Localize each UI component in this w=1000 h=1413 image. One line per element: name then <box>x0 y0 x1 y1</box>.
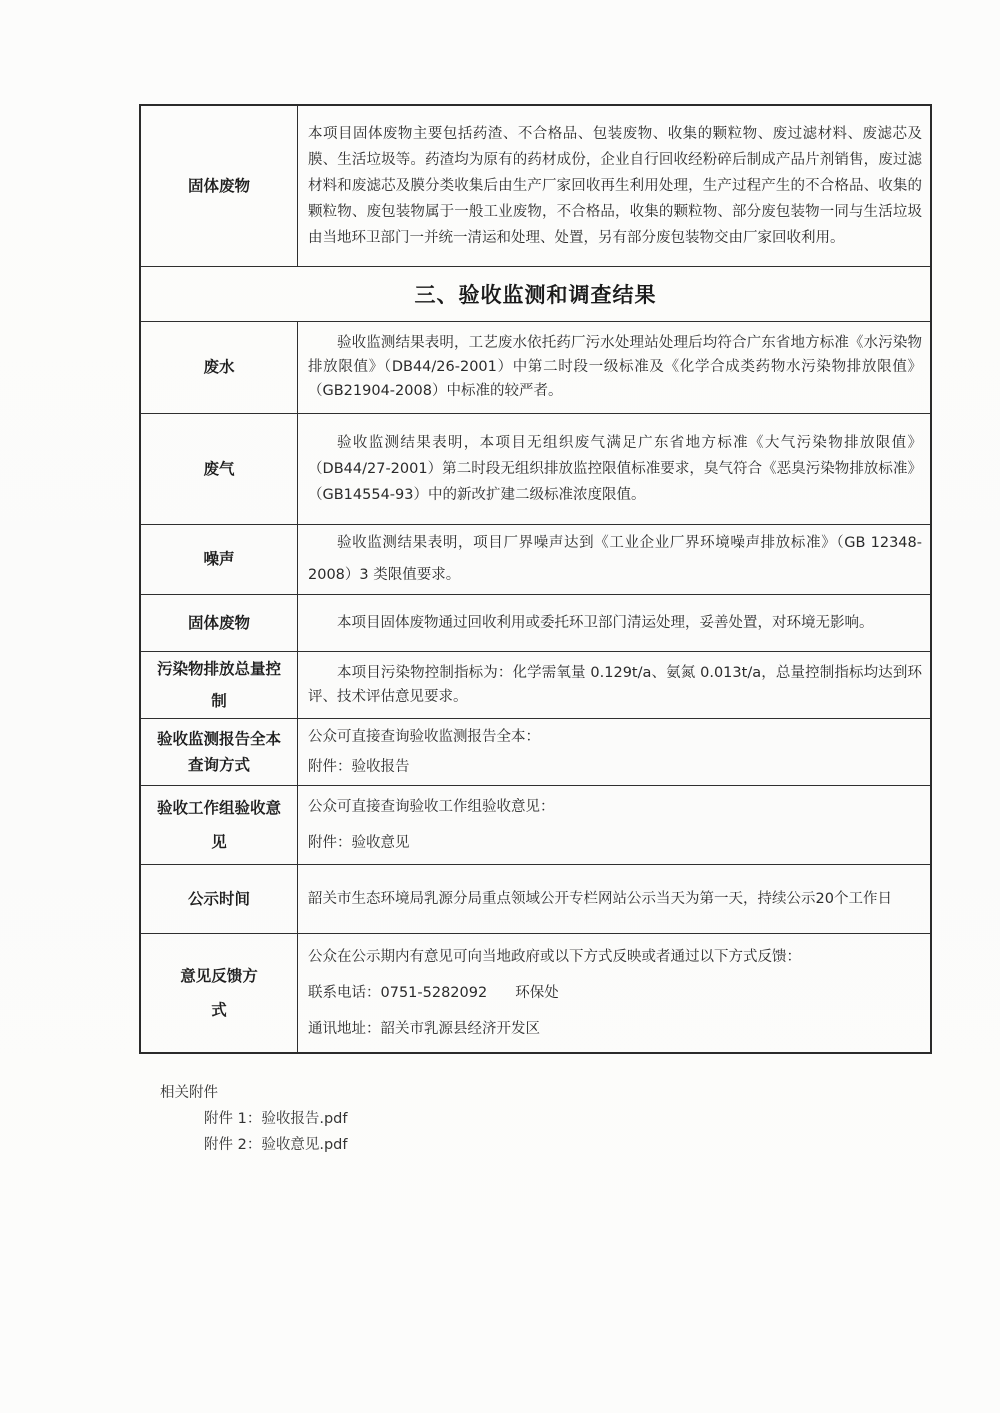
wastewater-result: 验收监测结果表明，工艺废水依托药厂污水处理站处理后均符合广东省地方标准《水污染物… <box>308 331 922 403</box>
exhaust-gas-result: 验收监测结果表明，本项目无组织废气满足广东省地方标准《大气污染物排放限值》（DB… <box>308 430 922 508</box>
pollutant-total-result: 本项目污染物控制指标为：化学需氧量 0.129t/a、氨氮 0.013t/a，总… <box>308 661 922 709</box>
table-row-report-query: 验收监测报告全本查询方式 公众可直接查询验收监测报告全本： 附件：验收报告 <box>140 718 931 785</box>
solid-waste-result: 本项目固体废物通过回收利用或委托环卫部门清运处理，妥善处置，对环境无影响。 <box>308 611 922 635</box>
report-attachment-link[interactable]: 附件：验收报告 <box>308 752 922 782</box>
phone-number[interactable]: 0751-5282092 <box>381 985 488 1001</box>
report-query-text: 公众可直接查询验收监测报告全本： <box>308 722 922 752</box>
feedback-phone-line: 联系电话：0751-5282092环保处 <box>308 975 922 1011</box>
row-content: 韶关市生态环境局乳源分局重点领域公开专栏网站公示当天为第一天，持续公示20个工作… <box>298 864 932 933</box>
working-group-text: 公众可直接查询验收工作组验收意见： <box>308 789 922 825</box>
department: 环保处 <box>515 985 559 1001</box>
attachment-item-1[interactable]: 附件 1：验收报告.pdf <box>160 1106 347 1132</box>
table-row-wastewater: 废水 验收监测结果表明，工艺废水依托药厂污水处理站处理后均符合广东省地方标准《水… <box>140 321 931 413</box>
row-content: 本项目固体废物主要包括药渣、不合格品、包装废物、收集的颗粒物、废过滤材料、废滤芯… <box>298 105 932 266</box>
row-label: 意见反馈方式 <box>140 933 298 1053</box>
table-row-publicity-time: 公示时间 韶关市生态环境局乳源分局重点领域公开专栏网站公示当天为第一天，持续公示… <box>140 864 931 933</box>
row-label: 公示时间 <box>140 864 298 933</box>
phone-label: 联系电话： <box>308 985 381 1001</box>
section-title: 三、验收监测和调查结果 <box>140 266 931 321</box>
noise-result: 验收监测结果表明，项目厂界噪声达到《工业企业厂界环境噪声排放标准》（GB 123… <box>308 527 922 591</box>
row-label: 验收监测报告全本查询方式 <box>140 718 298 785</box>
section-header-row: 三、验收监测和调查结果 <box>140 266 931 321</box>
row-content: 公众可直接查询验收工作组验收意见： 附件：验收意见 <box>298 785 932 864</box>
row-content: 公众可直接查询验收监测报告全本： 附件：验收报告 <box>298 718 932 785</box>
row-label: 验收工作组验收意见 <box>140 785 298 864</box>
attachment-item-2[interactable]: 附件 2：验收意见.pdf <box>160 1132 347 1158</box>
row-content: 本项目污染物控制指标为：化学需氧量 0.129t/a、氨氮 0.013t/a，总… <box>298 651 932 718</box>
attachments-heading: 相关附件 <box>160 1080 347 1106</box>
solid-waste-description: 本项目固体废物主要包括药渣、不合格品、包装废物、收集的颗粒物、废过滤材料、废滤芯… <box>308 121 922 251</box>
scanned-document-page: 固体废物 本项目固体废物主要包括药渣、不合格品、包装废物、收集的颗粒物、废过滤材… <box>0 0 1000 1413</box>
feedback-address: 通讯地址：韶关市乳源县经济开发区 <box>308 1011 922 1047</box>
related-attachments: 相关附件 附件 1：验收报告.pdf 附件 2：验收意见.pdf <box>160 1080 347 1158</box>
attachment-file-link[interactable]: 验收意见.pdf <box>261 1137 347 1153</box>
row-label: 废气 <box>140 413 298 524</box>
row-label: 污染物排放总量控制 <box>140 651 298 718</box>
attachment-label: 附件 2： <box>204 1137 261 1153</box>
table-row-noise: 噪声 验收监测结果表明，项目厂界噪声达到《工业企业厂界环境噪声排放标准》（GB … <box>140 524 931 594</box>
table-row-solid-waste-result: 固体废物 本项目固体废物通过回收利用或委托环卫部门清运处理，妥善处置，对环境无影… <box>140 594 931 651</box>
row-label: 固体废物 <box>140 105 298 266</box>
table-row-pollutant-total: 污染物排放总量控制 本项目污染物控制指标为：化学需氧量 0.129t/a、氨氮 … <box>140 651 931 718</box>
row-label: 固体废物 <box>140 594 298 651</box>
publicity-time-text: 韶关市生态环境局乳源分局重点领域公开专栏网站公示当天为第一天，持续公示20个工作… <box>308 883 922 915</box>
row-content: 公众在公示期内有意见可向当地政府或以下方式反映或者通过以下方式反馈： 联系电话：… <box>298 933 932 1053</box>
row-label: 噪声 <box>140 524 298 594</box>
row-label: 废水 <box>140 321 298 413</box>
table-row-exhaust-gas: 废气 验收监测结果表明，本项目无组织废气满足广东省地方标准《大气污染物排放限值》… <box>140 413 931 524</box>
table-row-working-group: 验收工作组验收意见 公众可直接查询验收工作组验收意见： 附件：验收意见 <box>140 785 931 864</box>
opinion-attachment-link[interactable]: 附件：验收意见 <box>308 825 922 861</box>
row-content: 本项目固体废物通过回收利用或委托环卫部门清运处理，妥善处置，对环境无影响。 <box>298 594 932 651</box>
attachment-label: 附件 1： <box>204 1111 261 1127</box>
attachment-file-link[interactable]: 验收报告.pdf <box>261 1111 347 1127</box>
feedback-intro: 公众在公示期内有意见可向当地政府或以下方式反映或者通过以下方式反馈： <box>308 939 922 975</box>
table-row-solid-waste: 固体废物 本项目固体废物主要包括药渣、不合格品、包装废物、收集的颗粒物、废过滤材… <box>140 105 931 266</box>
acceptance-info-table: 固体废物 本项目固体废物主要包括药渣、不合格品、包装废物、收集的颗粒物、废过滤材… <box>139 104 932 1054</box>
row-content: 验收监测结果表明，工艺废水依托药厂污水处理站处理后均符合广东省地方标准《水污染物… <box>298 321 932 413</box>
row-content: 验收监测结果表明，项目厂界噪声达到《工业企业厂界环境噪声排放标准》（GB 123… <box>298 524 932 594</box>
row-content: 验收监测结果表明，本项目无组织废气满足广东省地方标准《大气污染物排放限值》（DB… <box>298 413 932 524</box>
table-row-feedback: 意见反馈方式 公众在公示期内有意见可向当地政府或以下方式反映或者通过以下方式反馈… <box>140 933 931 1053</box>
